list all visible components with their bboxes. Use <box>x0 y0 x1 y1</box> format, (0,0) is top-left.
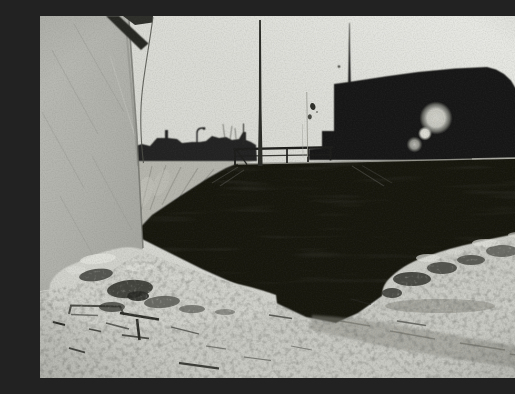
photo-canvas <box>40 16 515 378</box>
photograph <box>40 16 515 378</box>
vignette <box>40 16 515 378</box>
